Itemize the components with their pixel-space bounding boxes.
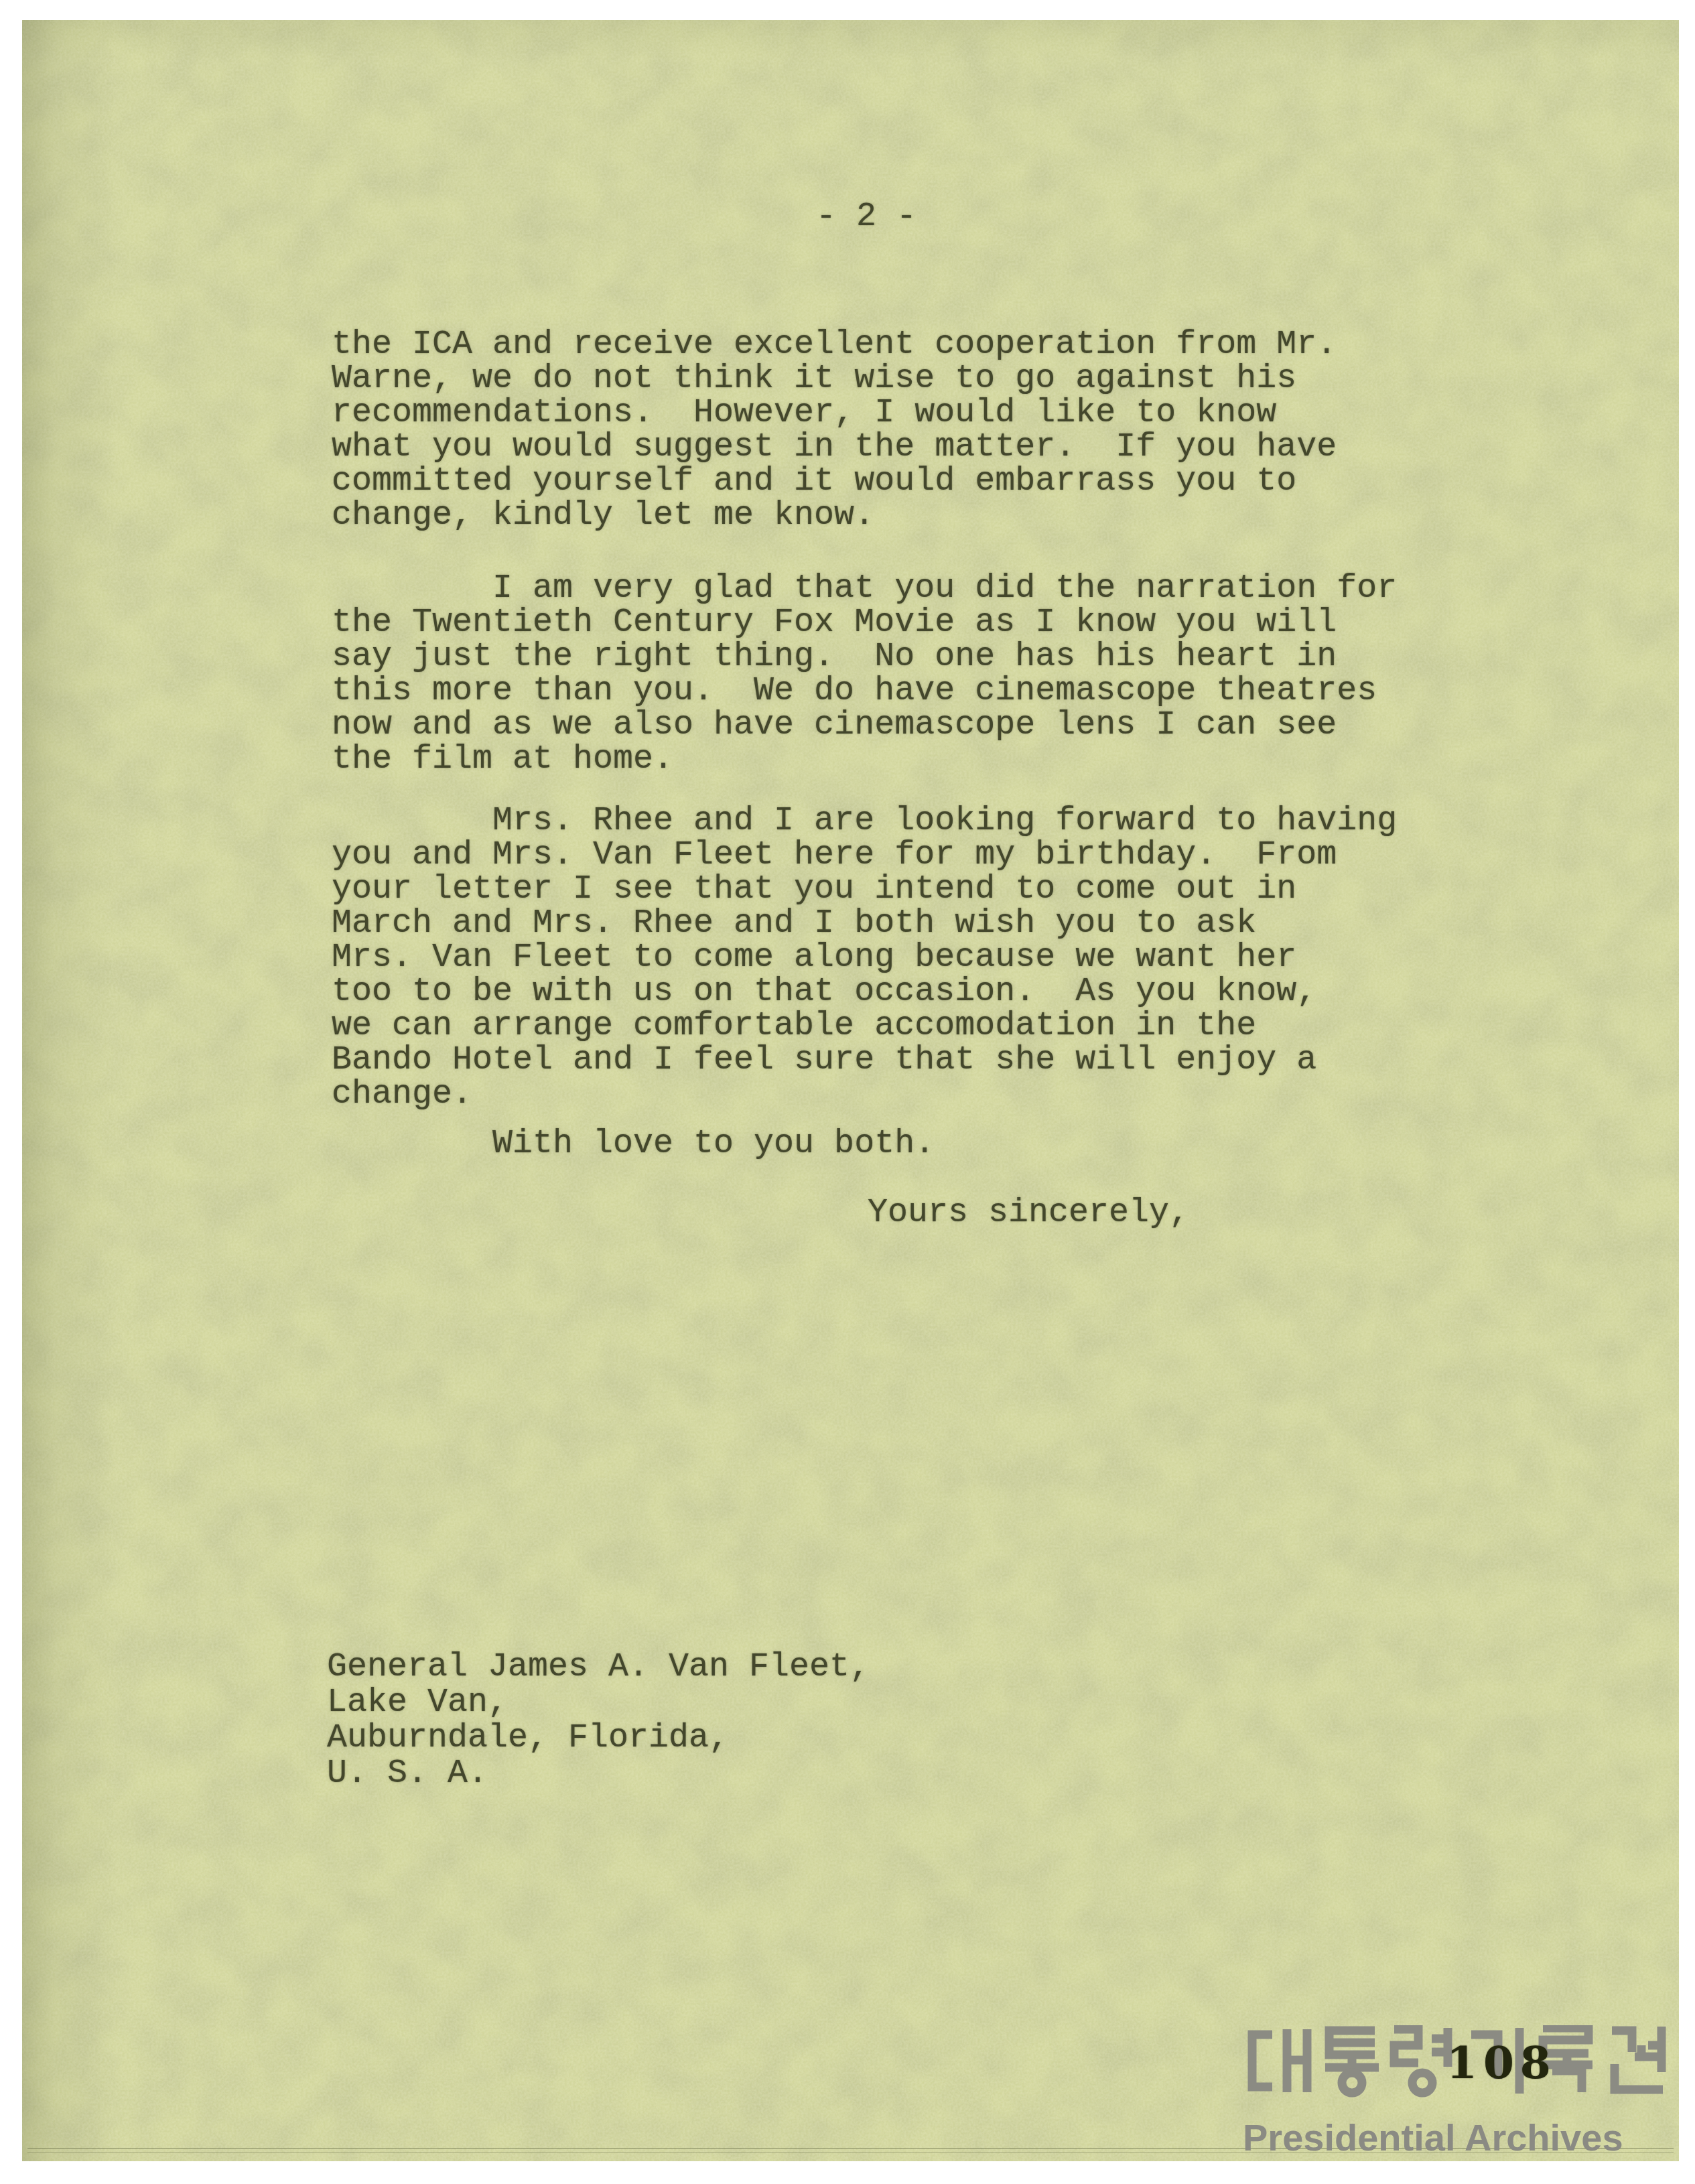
signoff: Yours sincerely, <box>868 1196 1189 1230</box>
recipient-address: General James A. Van Fleet, Lake Van, Au… <box>327 1649 870 1791</box>
letter-paragraph-3: Mrs. Rhee and I are looking forward to h… <box>332 804 1397 1111</box>
letter-paragraph-2: I am very glad that you did the narratio… <box>332 571 1397 776</box>
letter-paper: - 2 - the ICA and receive excellent coop… <box>22 20 1679 2161</box>
letter-paragraph-1: the ICA and receive excellent cooperatio… <box>332 328 1337 533</box>
page-number: - 2 - <box>816 200 917 234</box>
letter-closing-line: With love to you both. <box>332 1127 935 1161</box>
scanned-letter-page: - 2 - the ICA and receive excellent coop… <box>0 0 1695 2184</box>
presidential-archives-watermark: Presidential Archives <box>1243 2116 1623 2159</box>
page-stamp-number: 108 <box>1446 2037 1557 2089</box>
